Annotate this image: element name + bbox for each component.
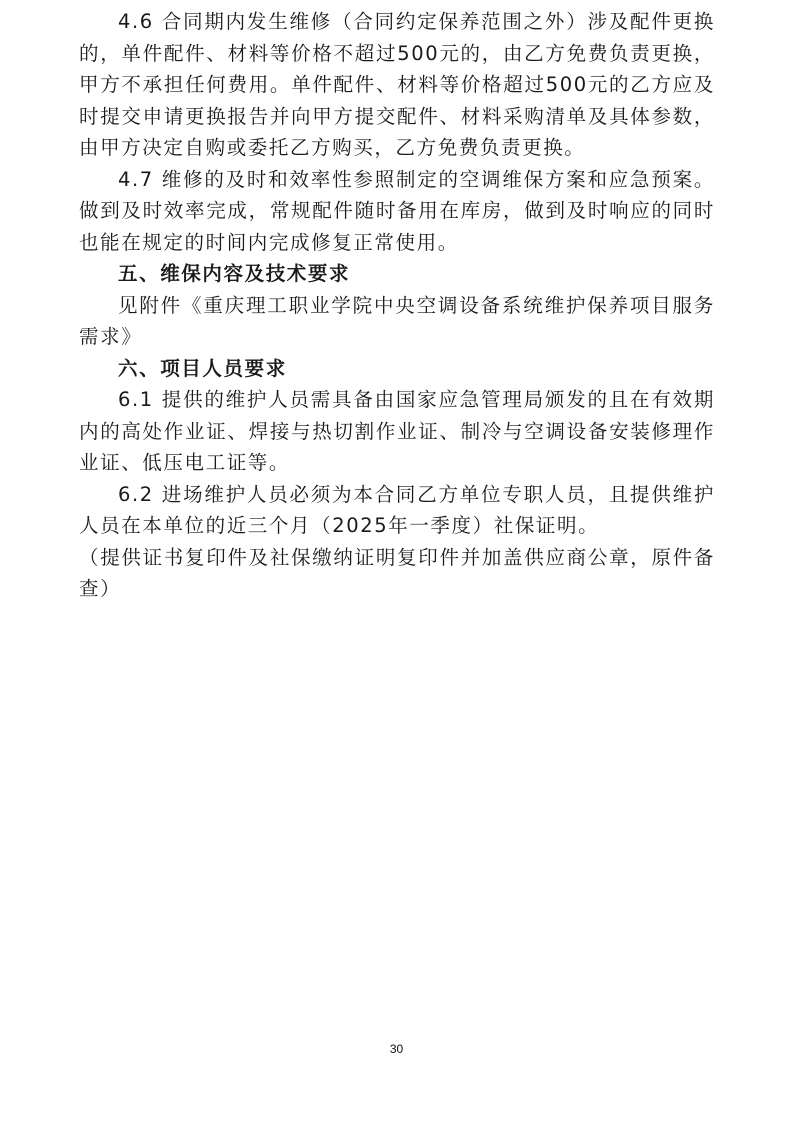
paragraph-6-2: 6.2 进场维护人员必须为本合同乙方单位专职人员，且提供维护人员在本单位的近三个… (79, 479, 715, 542)
paragraph-4-7: 4.7 维修的及时和效率性参照制定的空调维保方案和应急预案。做到及时效率完成，常… (79, 164, 715, 259)
page-content: 4.6 合同期内发生维修（合同约定保养范围之外）涉及配件更换的，单件配件、材料等… (79, 6, 715, 605)
page-number: 30 (0, 1042, 793, 1056)
section-heading-6: 六、项目人员要求 (79, 353, 715, 385)
paragraph-note: （提供证书复印件及社保缴纳证明复印件并加盖供应商公章，原件备查） (79, 542, 715, 605)
paragraph-6-1: 6.1 提供的维护人员需具备由国家应急管理局颁发的且在有效期内的高处作业证、焊接… (79, 384, 715, 479)
paragraph-4-6: 4.6 合同期内发生维修（合同约定保养范围之外）涉及配件更换的，单件配件、材料等… (79, 6, 715, 164)
section-heading-5: 五、维保内容及技术要求 (79, 258, 715, 290)
paragraph-attachment-reference: 见附件《重庆理工职业学院中央空调设备系统维护保养项目服务需求》 (79, 290, 715, 353)
document-page: 4.6 合同期内发生维修（合同约定保养范围之外）涉及配件更换的，单件配件、材料等… (0, 0, 793, 1122)
